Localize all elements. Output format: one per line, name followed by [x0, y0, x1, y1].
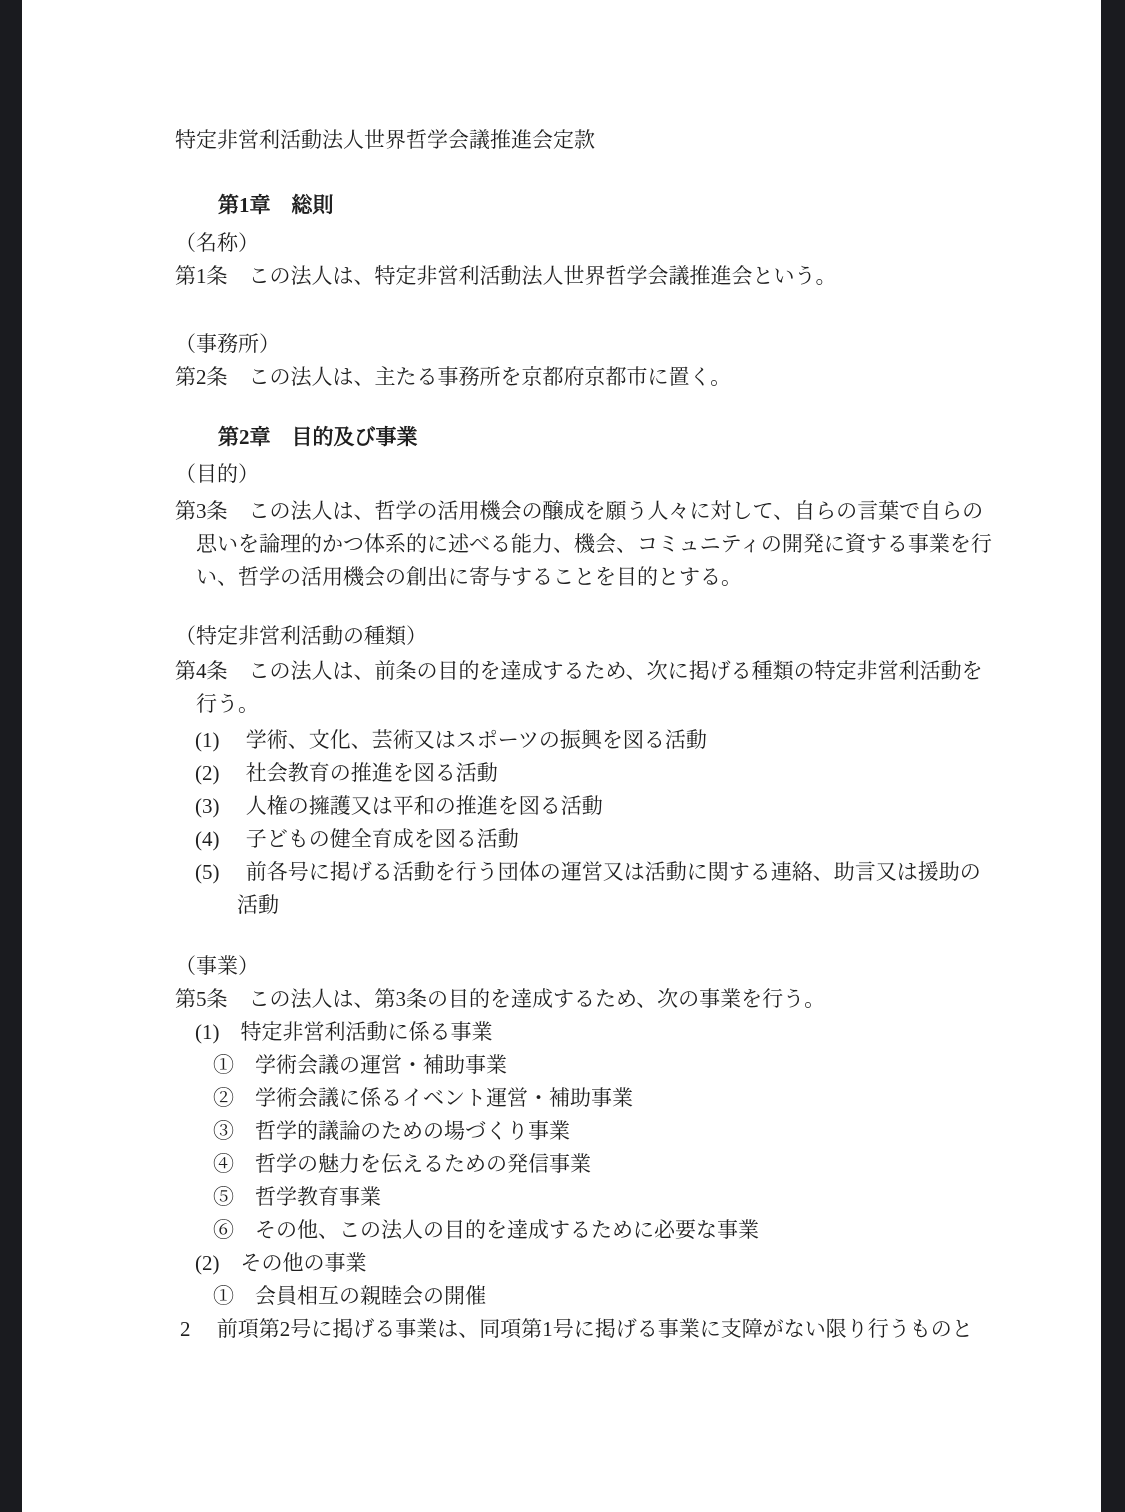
- article-5-text: 第5条 この法人は、第3条の目的を達成するため、次の事業を行う。: [175, 983, 1000, 1016]
- article-3-text: 第3条 この法人は、哲学の活用機会の醸成を願う人々に対して、自らの言葉で自らの思…: [175, 495, 1000, 594]
- list-item: (5) 前各号に掲げる活動を行う団体の運営又は活動に関する連絡、助言又は援助の活…: [175, 856, 1000, 922]
- chapter-1-heading: 第1章 総則: [218, 189, 1000, 222]
- list-item: (4) 子どもの健全育成を図る活動: [175, 823, 1000, 856]
- sub-list-item: ② 学術会議に係るイベント運営・補助事業: [175, 1082, 1000, 1115]
- article-1-label: （名称）: [175, 227, 1000, 260]
- list-item: (2) その他の事業: [175, 1247, 1000, 1280]
- list-item: (1) 学術、文化、芸術又はスポーツの振興を図る活動: [175, 724, 1000, 757]
- article-4-label: （特定非営利活動の種類）: [175, 620, 1000, 653]
- document-page: 特定非営利活動法人世界哲学会議推進会定款 第1章 総則 （名称） 第1条 この法…: [22, 0, 1101, 1512]
- sub-list-item: ⑥ その他、この法人の目的を達成するために必要な事業: [175, 1214, 1000, 1247]
- article-2-text: 第2条 この法人は、主たる事務所を京都府京都市に置く。: [175, 361, 1000, 394]
- sub-list-item: ① 学術会議の運営・補助事業: [175, 1049, 1000, 1082]
- article-2-label: （事務所）: [175, 328, 1000, 361]
- list-item: (2) 社会教育の推進を図る活動: [175, 757, 1000, 790]
- document-content: 特定非営利活動法人世界哲学会議推進会定款 第1章 総則 （名称） 第1条 この法…: [22, 0, 1000, 1346]
- sub-list-item: ① 会員相互の親睦会の開催: [175, 1280, 1000, 1313]
- list-item: (1) 特定非営利活動に係る事業: [175, 1016, 1000, 1049]
- article-4-text: 第4条 この法人は、前条の目的を達成するため、次に掲げる種類の特定非営利活動を行…: [175, 655, 1000, 721]
- list-item: (3) 人権の擁護又は平和の推進を図る活動: [175, 790, 1000, 823]
- article-5-label: （事業）: [175, 950, 1000, 983]
- sub-list-item: ④ 哲学の魅力を伝えるための発信事業: [175, 1148, 1000, 1181]
- article-3-label: （目的）: [175, 458, 1000, 491]
- sub-list-item: ③ 哲学的議論のための場づくり事業: [175, 1115, 1000, 1148]
- chapter-2-heading: 第2章 目的及び事業: [218, 421, 1000, 454]
- document-title: 特定非営利活動法人世界哲学会議推進会定款: [175, 124, 1000, 157]
- article-5-paragraph-2: 2 前項第2号に掲げる事業は、同項第1号に掲げる事業に支障がない限り行うものと: [175, 1313, 1000, 1346]
- article-1-text: 第1条 この法人は、特定非営利活動法人世界哲学会議推進会という。: [175, 260, 1000, 293]
- sub-list-item: ⑤ 哲学教育事業: [175, 1181, 1000, 1214]
